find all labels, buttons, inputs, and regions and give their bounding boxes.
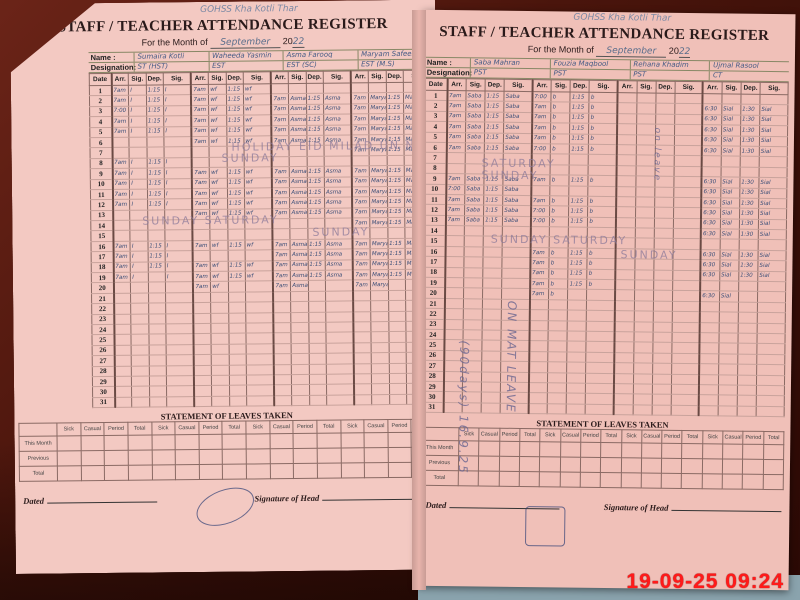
name-label: Name : bbox=[425, 58, 470, 68]
attendance-cell: 1:15 bbox=[307, 208, 324, 219]
attendance-cell: Asma bbox=[325, 270, 353, 281]
leave-cell bbox=[199, 449, 223, 464]
attendance-cell bbox=[149, 324, 166, 335]
attendance-cell: Saba bbox=[504, 91, 532, 102]
attendance-cell bbox=[309, 333, 326, 344]
attendance-cell bbox=[653, 301, 672, 312]
signature-header: Sig. bbox=[590, 80, 618, 92]
attendance-cell: Maryam bbox=[369, 103, 386, 114]
attendance-cell: 7am bbox=[113, 272, 130, 283]
attendance-cell bbox=[483, 288, 502, 299]
date-cell: 5 bbox=[424, 132, 446, 143]
attendance-cell bbox=[114, 324, 131, 335]
attendance-cell: 1:15 bbox=[226, 84, 243, 95]
attendance-cell: Sial bbox=[720, 229, 739, 240]
leave-cell bbox=[479, 456, 499, 471]
attendance-cell bbox=[482, 340, 501, 351]
attendance-cell: 1:30 bbox=[740, 125, 759, 136]
attendance-cell bbox=[326, 301, 354, 312]
attendance-cell bbox=[192, 147, 209, 158]
attendance-cell: 6:30 bbox=[702, 125, 721, 136]
attendance-cell bbox=[502, 257, 530, 268]
leaves-row-label: This Month bbox=[19, 436, 57, 451]
attendance-cell bbox=[164, 137, 192, 148]
leave-cell bbox=[723, 444, 743, 459]
attendance-cell: 1:15 bbox=[148, 241, 165, 252]
attendance-cell bbox=[131, 303, 148, 314]
attendance-cell bbox=[617, 113, 636, 124]
attendance-cell: Maryam bbox=[370, 238, 387, 249]
attendance-cell: 1:15 bbox=[306, 94, 323, 105]
attendance-cell bbox=[147, 137, 164, 148]
attendance-cell bbox=[308, 312, 325, 323]
attendance-cell: Asma bbox=[290, 239, 307, 250]
staff-name: Saba Mahran bbox=[470, 58, 550, 68]
attendance-cell bbox=[699, 385, 718, 396]
attendance-cell: Sial bbox=[721, 115, 740, 126]
attendance-cell: 6:30 bbox=[701, 250, 720, 261]
attendance-cell bbox=[212, 375, 229, 386]
month-label: For the Month of bbox=[528, 44, 594, 55]
attendance-cell: 7am bbox=[272, 187, 289, 198]
attendance-cell: Maryam bbox=[369, 93, 386, 104]
attendance-cell bbox=[760, 94, 788, 105]
attendance-grid: DateArr.Sig.Dep.Sig.Arr.Sig.Dep.Sig.Arr.… bbox=[89, 70, 435, 409]
attendance-cell: Sial bbox=[759, 146, 787, 157]
leave-type-header: Sick bbox=[703, 431, 723, 444]
arrival-header: Arr. bbox=[111, 73, 128, 85]
attendance-cell bbox=[291, 312, 308, 323]
attendance-cell: b bbox=[589, 92, 617, 103]
leave-type-header: Casual bbox=[81, 423, 105, 436]
attendance-cell: 6:30 bbox=[700, 291, 719, 302]
attendance-cell bbox=[718, 364, 737, 375]
attendance-cell bbox=[633, 363, 652, 374]
attendance-cell: 7am bbox=[447, 91, 466, 102]
attendance-cell: 7am bbox=[352, 187, 369, 198]
attendance-cell: 1:15 bbox=[148, 251, 165, 262]
attendance-cell: Asma bbox=[290, 177, 307, 188]
attendance-cell: Sial bbox=[721, 135, 740, 146]
month-value: September bbox=[596, 46, 666, 58]
attendance-cell bbox=[193, 251, 210, 262]
attendance-cell: b bbox=[589, 113, 617, 124]
attendance-cell bbox=[389, 384, 406, 395]
arrival-header: Arr. bbox=[447, 79, 466, 91]
attendance-cell bbox=[548, 362, 567, 373]
date-cell: 31 bbox=[93, 397, 115, 408]
attendance-cell bbox=[654, 239, 673, 250]
attendance-cell bbox=[323, 83, 351, 94]
leave-cell bbox=[128, 465, 152, 480]
attendance-cell: Maryam bbox=[371, 270, 388, 281]
attendance-cell bbox=[166, 303, 194, 314]
attendance-cell bbox=[273, 291, 290, 302]
attendance-cell bbox=[740, 156, 759, 167]
leave-cell bbox=[364, 463, 388, 478]
attendance-cell: 7am bbox=[191, 95, 208, 106]
attendance-cell bbox=[672, 322, 700, 333]
departure-header: Dep. bbox=[146, 73, 163, 85]
attendance-cell bbox=[246, 333, 274, 344]
attendance-cell: 1:15 bbox=[387, 176, 404, 187]
signature-header: Sig. bbox=[551, 80, 570, 92]
leave-cell bbox=[662, 458, 682, 473]
attendance-cell bbox=[148, 303, 165, 314]
attendance-cell bbox=[325, 291, 353, 302]
attendance-cell: Asma bbox=[290, 187, 307, 198]
attendance-cell: 7am bbox=[532, 133, 551, 144]
attendance-cell: wf bbox=[245, 198, 273, 209]
date-cell: 6 bbox=[424, 142, 446, 153]
attendance-cell bbox=[464, 247, 483, 258]
attendance-cell: Asma bbox=[324, 166, 352, 177]
date-cell: 6 bbox=[90, 137, 112, 148]
attendance-cell bbox=[674, 104, 702, 115]
attendance-cell bbox=[568, 289, 587, 300]
attendance-cell bbox=[671, 405, 699, 416]
attendance-cell bbox=[246, 302, 274, 313]
date-cell: 18 bbox=[91, 262, 113, 273]
attendance-cell: Sial bbox=[759, 198, 787, 209]
attendance-cell: Sial bbox=[758, 229, 786, 240]
leave-cell bbox=[641, 443, 661, 458]
attendance-cell bbox=[673, 187, 701, 198]
attendance-cell bbox=[389, 353, 406, 364]
leave-cell bbox=[317, 463, 341, 478]
leave-cell bbox=[364, 433, 388, 448]
date-cell: 15 bbox=[423, 236, 445, 247]
attendance-cell: b bbox=[588, 175, 616, 186]
attendance-cell: 1:30 bbox=[741, 115, 760, 126]
attendance-cell: 7am bbox=[532, 102, 551, 113]
attendance-cell bbox=[653, 290, 672, 301]
attendance-cell bbox=[616, 186, 635, 197]
leave-cell bbox=[128, 450, 152, 465]
attendance-cell bbox=[699, 364, 718, 375]
staff-designation: EST bbox=[208, 61, 283, 71]
attendance-cell: b bbox=[551, 123, 570, 134]
attendance-cell: b bbox=[589, 134, 617, 145]
attendance-cell bbox=[616, 197, 635, 208]
attendance-cell: Saba bbox=[503, 206, 531, 217]
attendance-cell bbox=[567, 373, 586, 384]
attendance-cell bbox=[132, 355, 149, 366]
attendance-grid: DateArr.Sig.Dep.Sig.Arr.Sig.Dep.Sig.Arr.… bbox=[421, 78, 789, 418]
attendance-cell: 7am bbox=[447, 111, 466, 122]
leave-cell bbox=[539, 472, 559, 487]
date-cell: 7 bbox=[424, 153, 446, 164]
leave-cell bbox=[128, 435, 152, 450]
date-cell: 12 bbox=[91, 200, 113, 211]
attendance-cell: 1:15 bbox=[569, 196, 588, 207]
attendance-cell bbox=[635, 218, 654, 229]
leave-cell bbox=[388, 447, 412, 462]
attendance-cell bbox=[549, 310, 568, 321]
attendance-cell bbox=[371, 353, 388, 364]
attendance-cell bbox=[444, 309, 463, 320]
attendance-cell bbox=[132, 397, 149, 408]
attendance-cell bbox=[653, 332, 672, 343]
attendance-cell bbox=[616, 176, 635, 187]
attendance-cell: Asma bbox=[325, 208, 353, 219]
attendance-cell bbox=[633, 342, 652, 353]
attendance-cell bbox=[192, 157, 209, 168]
staff-name: Fouzia Maqbool bbox=[550, 59, 630, 69]
attendance-cell bbox=[567, 383, 586, 394]
attendance-cell bbox=[211, 344, 228, 355]
attendance-cell bbox=[166, 334, 194, 345]
arrival-header: Arr. bbox=[191, 72, 208, 84]
date-cell: 4 bbox=[425, 121, 447, 132]
head-signature bbox=[191, 480, 259, 533]
date-cell: 1 bbox=[425, 90, 447, 101]
date-cell: 1 bbox=[89, 85, 111, 96]
date-cell: 9 bbox=[90, 169, 112, 180]
attendance-cell: 6:30 bbox=[700, 270, 719, 281]
date-cell: 18 bbox=[423, 267, 445, 278]
leave-cell bbox=[499, 441, 519, 456]
attendance-cell bbox=[229, 344, 246, 355]
attendance-cell: 1:15 bbox=[386, 114, 403, 125]
attendance-cell: 7am bbox=[192, 116, 209, 127]
leave-cell bbox=[152, 450, 176, 465]
attendance-cell: Sial bbox=[720, 250, 739, 261]
attendance-cell: 1:15 bbox=[308, 249, 325, 260]
attendance-cell: Asma bbox=[291, 270, 308, 281]
attendance-cell bbox=[113, 231, 130, 242]
leave-type-header: Total bbox=[763, 432, 783, 445]
leave-type-header: Casual bbox=[560, 429, 580, 442]
attendance-cell bbox=[568, 321, 587, 332]
attendance-cell bbox=[371, 342, 388, 353]
attendance-cell: 1:15 bbox=[308, 239, 325, 250]
attendance-cell: wf bbox=[210, 167, 227, 178]
attendance-cell: 1:15 bbox=[227, 188, 244, 199]
attendance-cell: 7am bbox=[352, 114, 369, 125]
attendance-cell: I bbox=[131, 262, 148, 273]
attendance-cell: 7am bbox=[273, 250, 290, 261]
attendance-cell bbox=[212, 396, 229, 407]
attendance-cell bbox=[194, 355, 211, 366]
signature-header: Sig. bbox=[504, 79, 532, 91]
attendance-cell: b bbox=[549, 279, 568, 290]
attendance-cell: 7am bbox=[191, 84, 208, 95]
leave-cell bbox=[662, 443, 682, 458]
leave-type-header: Sick bbox=[151, 422, 175, 435]
attendance-cell: Sial bbox=[720, 260, 739, 271]
attendance-cell bbox=[502, 289, 530, 300]
attendance-cell bbox=[614, 394, 633, 405]
attendance-cell: Maryam bbox=[369, 124, 386, 135]
attendance-cell bbox=[567, 362, 586, 373]
leaves-row-label: Previous bbox=[19, 451, 57, 466]
attendance-cell: 6:30 bbox=[702, 146, 721, 157]
attendance-cell bbox=[211, 334, 228, 345]
attendance-cell: 7am bbox=[192, 178, 209, 189]
attendance-cell: 1:15 bbox=[484, 143, 503, 154]
attendance-cell bbox=[211, 323, 228, 334]
attendance-cell: 1:15 bbox=[146, 85, 163, 96]
leave-cell bbox=[364, 448, 388, 463]
attendance-cell bbox=[112, 148, 129, 159]
attendance-cell bbox=[737, 375, 756, 386]
leave-annotation: on leave bbox=[651, 128, 662, 183]
attendance-cell bbox=[115, 387, 132, 398]
attendance-cell bbox=[195, 396, 212, 407]
attendance-cell bbox=[114, 335, 131, 346]
attendance-cell bbox=[737, 364, 756, 375]
attendance-cell: Asma bbox=[291, 281, 308, 292]
attendance-cell bbox=[702, 156, 721, 167]
attendance-cell: 6:30 bbox=[701, 218, 720, 229]
attendance-cell bbox=[699, 395, 718, 406]
attendance-cell bbox=[671, 353, 699, 364]
attendance-cell bbox=[481, 403, 500, 414]
attendance-cell: I bbox=[163, 95, 191, 106]
attendance-cell: 1:30 bbox=[739, 219, 758, 230]
leave-type-header: Casual bbox=[642, 430, 662, 443]
departure-header: Dep. bbox=[656, 81, 675, 93]
signature-header: Sig. bbox=[163, 73, 191, 85]
attendance-cell: 7am bbox=[113, 241, 130, 252]
attendance-cell bbox=[482, 372, 501, 383]
attendance-cell bbox=[193, 230, 210, 241]
leave-cell bbox=[57, 451, 81, 466]
attendance-cell bbox=[148, 313, 165, 324]
attendance-cell: Asma bbox=[290, 167, 307, 178]
attendance-cell bbox=[463, 319, 482, 330]
attendance-cell: 1:15 bbox=[386, 93, 403, 104]
weekend-annotation: SUNDAY SATURDAY bbox=[142, 213, 279, 227]
attendance-cell bbox=[372, 384, 389, 395]
attendance-cell bbox=[586, 342, 614, 353]
attendance-cell bbox=[114, 314, 131, 325]
signature-header: Sig. bbox=[637, 81, 656, 93]
departure-header: Dep. bbox=[306, 71, 323, 83]
attendance-cell bbox=[194, 334, 211, 345]
staff-name: Rehana Khadim bbox=[629, 60, 709, 70]
attendance-cell: 7am bbox=[272, 167, 289, 178]
attendance-cell bbox=[292, 395, 309, 406]
attendance-cell bbox=[614, 373, 633, 384]
attendance-cell bbox=[131, 334, 148, 345]
attendance-cell bbox=[529, 372, 548, 383]
attendance-cell: wf bbox=[210, 188, 227, 199]
attendance-cell: 7am bbox=[113, 262, 130, 273]
attendance-cell bbox=[354, 332, 371, 343]
attendance-cell: 1:15 bbox=[484, 205, 503, 216]
attendance-cell bbox=[502, 278, 530, 289]
attendance-cell bbox=[567, 341, 586, 352]
attendance-cell: 1:15 bbox=[306, 104, 323, 115]
attendance-cell bbox=[634, 280, 653, 291]
signature-header: Sig. bbox=[368, 71, 385, 83]
attendance-cell bbox=[759, 157, 787, 168]
attendance-cell: Asma bbox=[324, 114, 352, 125]
departure-header: Dep. bbox=[741, 82, 760, 94]
attendance-cell bbox=[652, 342, 671, 353]
attendance-cell bbox=[615, 280, 634, 291]
attendance-cell: b bbox=[588, 196, 616, 207]
attendance-cell: Saba bbox=[466, 91, 485, 102]
date-cell: 16 bbox=[423, 246, 445, 257]
attendance-cell bbox=[445, 246, 464, 257]
photo-timestamp: 19-09-25 09:24 bbox=[626, 570, 784, 594]
attendance-cell: 1:30 bbox=[739, 271, 758, 282]
attendance-cell bbox=[529, 341, 548, 352]
attendance-cell: wf bbox=[211, 261, 228, 272]
attendance-cell: 7am bbox=[272, 104, 289, 115]
leave-type-header: Total bbox=[128, 422, 152, 435]
attendance-cell bbox=[738, 343, 757, 354]
attendance-cell bbox=[654, 218, 673, 229]
attendance-cell bbox=[718, 385, 737, 396]
leave-cell bbox=[743, 459, 763, 474]
attendance-cell bbox=[570, 154, 589, 165]
attendance-cell: I bbox=[165, 199, 193, 210]
attendance-cell bbox=[445, 267, 464, 278]
attendance-cell: b bbox=[589, 123, 617, 134]
date-cell: 14 bbox=[423, 225, 445, 236]
leave-type-header: Total bbox=[601, 430, 621, 443]
leave-cell bbox=[317, 433, 341, 448]
signature-header: Sig. bbox=[243, 72, 271, 84]
attendance-cell: Asma bbox=[289, 104, 306, 115]
attendance-cell bbox=[719, 333, 738, 344]
attendance-cell bbox=[672, 291, 700, 302]
attendance-cell: 1:15 bbox=[147, 178, 164, 189]
attendance-cell bbox=[228, 292, 245, 303]
attendance-cell bbox=[326, 343, 354, 354]
attendance-cell: Saba bbox=[504, 102, 532, 113]
attendance-cell: Maryam bbox=[370, 176, 387, 187]
attendance-cell bbox=[211, 354, 228, 365]
attendance-cell: I bbox=[129, 116, 146, 127]
attendance-cell: Saba bbox=[466, 112, 485, 123]
attendance-cell bbox=[720, 239, 739, 250]
attendance-cell bbox=[148, 293, 165, 304]
attendance-cell bbox=[738, 323, 757, 334]
attendance-cell: Saba bbox=[464, 215, 483, 226]
leaves-row-label: This Month bbox=[421, 440, 459, 455]
attendance-cell: Saba bbox=[466, 122, 485, 133]
attendance-cell: I bbox=[130, 179, 147, 190]
attendance-cell: wf bbox=[245, 240, 273, 251]
attendance-cell: 7am bbox=[112, 158, 129, 169]
attendance-cell bbox=[274, 364, 291, 375]
attendance-cell: 1:15 bbox=[146, 116, 163, 127]
attendance-cell bbox=[354, 311, 371, 322]
leave-cell bbox=[246, 449, 270, 464]
date-cell: 21 bbox=[92, 293, 114, 304]
attendance-cell: 1:15 bbox=[146, 95, 163, 106]
attendance-cell bbox=[369, 155, 386, 166]
attendance-cell bbox=[482, 330, 501, 341]
leave-type-header: Total bbox=[520, 429, 540, 442]
attendance-cell: wf bbox=[209, 95, 226, 106]
attendance-cell bbox=[445, 288, 464, 299]
leave-cell bbox=[270, 434, 294, 449]
attendance-cell: wf bbox=[244, 167, 272, 178]
attendance-cell: 7am bbox=[353, 207, 370, 218]
attendance-cell bbox=[166, 355, 194, 366]
page-footer: Dated Signature of Head bbox=[417, 500, 789, 515]
attendance-cell: I bbox=[130, 199, 147, 210]
attendance-cell: wf bbox=[209, 105, 226, 116]
attendance-cell: 1:15 bbox=[484, 185, 503, 196]
date-cell: 8 bbox=[90, 158, 112, 169]
